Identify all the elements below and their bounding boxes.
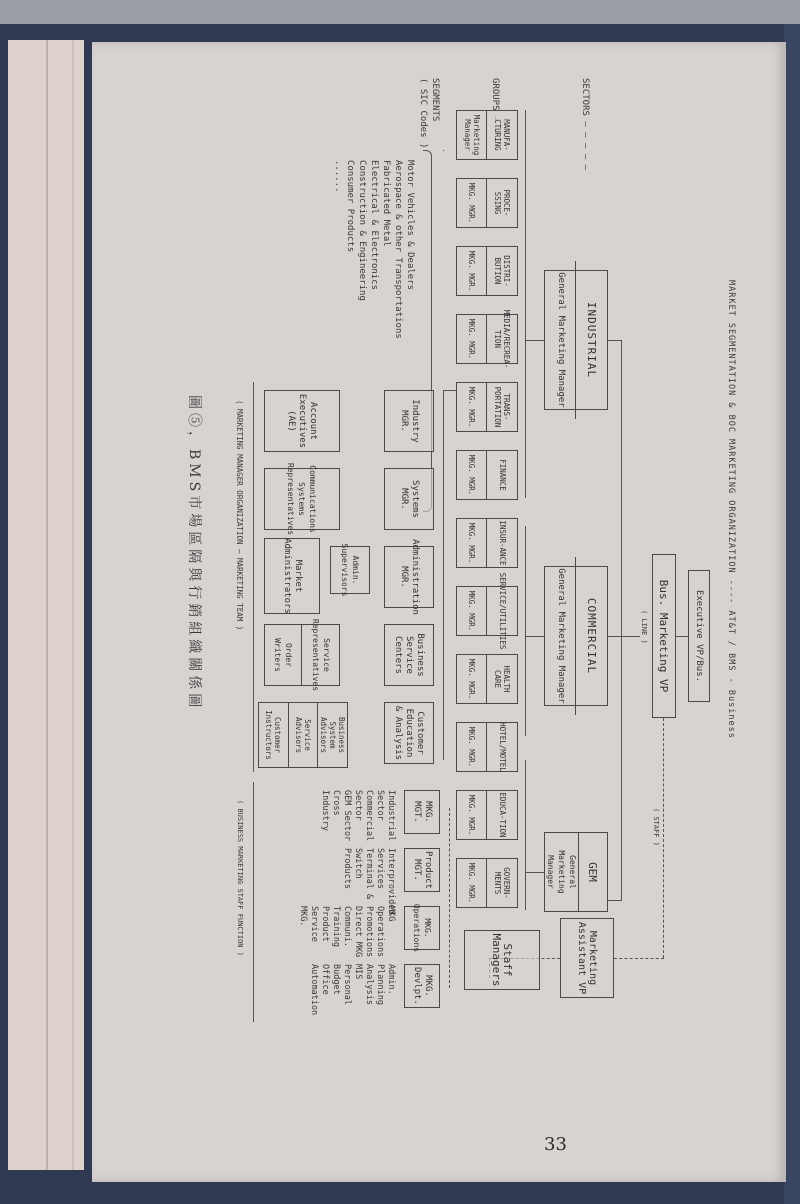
- segment-item: Motor Vehicles & Dealers: [404, 160, 416, 339]
- staff-item: Commercial Sector: [352, 790, 374, 846]
- sector-box-commercial: COMMERCIAL General Marketing Manager: [544, 566, 608, 706]
- staff-list-mkg-mgt: Industrial Sector Commercial Sector GEM …: [319, 790, 396, 846]
- staff-item: GEM Sector: [341, 790, 352, 846]
- group-name: PROCE-SSING: [488, 179, 518, 227]
- connector: [676, 636, 688, 637]
- staff-head-label: Product MGT.: [411, 850, 433, 890]
- team-member-label: Market Administrators: [281, 538, 303, 614]
- segment-item: Electrical & Electronics: [368, 160, 380, 339]
- staff-managers-box: Staff Managers: [464, 930, 540, 990]
- marketing-assistant-vp-box: Marketing Assistant VP: [560, 918, 614, 998]
- team-member-label: Service Representatives: [303, 625, 340, 685]
- group-manager: MKG. MGR.: [457, 859, 488, 907]
- sector-name: INDUSTRIAL: [577, 271, 608, 409]
- staff-item: Direct MKG: [352, 906, 363, 962]
- staff-item: Personal Budget: [330, 964, 352, 1020]
- group-manager: MKG. MGR.: [457, 587, 488, 635]
- staff-head-mkg-mgt: MKG. MGT.: [404, 790, 440, 834]
- team-manager-administration: Administration MGR.: [384, 546, 434, 608]
- segments-label: SEGMENTS: [430, 78, 440, 121]
- admin-supervisors-box: Admin. Supervisors: [330, 546, 370, 594]
- staff-item: MKG Operations: [374, 906, 396, 962]
- staff-dashed-line: [614, 958, 664, 959]
- group-cell: MANUFA-CTURING Marketing Manager: [456, 110, 518, 160]
- staff-label: ( STAFF ): [652, 808, 660, 846]
- staff-item: Terminal & Switch Products: [341, 848, 374, 904]
- group-name: FINANCE: [488, 451, 518, 499]
- group-manager: MKG. MGR.: [457, 247, 488, 295]
- staff-head-mkg-devlpt: MKG. Devlpt.: [404, 964, 440, 1008]
- group-cell: SERVICE/UTILITIES MKG. MGR.: [456, 586, 518, 636]
- staff-item: Communi. Training: [330, 906, 352, 962]
- segments-brace: [423, 150, 432, 512]
- staff-item: Office Automation: [308, 964, 330, 1020]
- staff-head-label: MKG. Operations: [411, 904, 433, 952]
- connector: [608, 340, 622, 341]
- team-caption: ( MARKETING MANAGER ORGANIZATION — MARKE…: [235, 400, 244, 630]
- staff-item: Interprovided Services: [374, 848, 396, 904]
- group-name: HEALTH CARE: [488, 655, 518, 703]
- team-member-label: Communications Systems Representatives: [286, 463, 319, 535]
- segments-axis: [443, 150, 444, 151]
- group-name: TRANS-PORTATION: [488, 383, 518, 431]
- group-cell: EDUCA-TION MKG. MGR.: [456, 790, 518, 840]
- group-name: EDUCA-TION: [488, 791, 518, 839]
- background-surface: [0, 0, 800, 26]
- group-cell: FINANCE MKG. MGR.: [456, 450, 518, 500]
- page-stack: [8, 40, 84, 1170]
- group-name: SERVICE/UTILITIES: [488, 587, 518, 635]
- sic-codes-label: ( SIC Codes ): [418, 78, 428, 148]
- team-manager-customer-education: Customer Education & Analysis: [384, 702, 434, 764]
- team-member-label: Order Writers: [265, 625, 303, 685]
- market-administrators-box: Market Administrators: [264, 538, 320, 614]
- connector: [608, 900, 622, 901]
- connector: [608, 636, 622, 637]
- group-name: MEDIA/RECREA-TION: [488, 315, 518, 363]
- team-member-label: Admin. Supervisors: [339, 544, 361, 597]
- connector: [443, 390, 444, 760]
- page-number: 33: [544, 1134, 567, 1155]
- staff-head-mkg-operations: MKG. Operations: [404, 906, 440, 950]
- staff-item: Admin. Planning: [374, 964, 396, 1020]
- connector: [526, 636, 544, 637]
- groups-label: GROUPS: [490, 78, 500, 111]
- group-manager: Marketing Manager: [457, 111, 488, 159]
- group-manager: MKG. MGR.: [457, 655, 488, 703]
- team-manager-business-service-centers: Business Service Centers: [384, 624, 434, 686]
- chart-title: MARKET SEGMENTATION & BOC MARKETING ORGA…: [726, 280, 736, 739]
- team-member-label: Account Executives (AE): [286, 392, 319, 450]
- book-cover-edge: [784, 24, 800, 1204]
- staff-head-label: MKG. Devlpt.: [411, 966, 433, 1006]
- staff-item: MIS: [352, 964, 363, 1020]
- connector: [621, 340, 622, 900]
- segment-item: Aerospace & other Transportations: [392, 160, 404, 339]
- connector: [622, 636, 640, 637]
- group-name: MANUFA-CTURING: [488, 111, 518, 159]
- advisors-instructors-box: Business System Advisors Service Advisor…: [258, 702, 348, 768]
- team-member-label: Business System Advisors: [318, 703, 347, 767]
- group-cell: HOTEL/MOTEL MKG. MGR.: [456, 722, 518, 772]
- group-manager: MKG. MGR.: [457, 519, 488, 567]
- group-cell: INSUR-ANCE MKG. MGR.: [456, 518, 518, 568]
- group-manager: MKG. MGR.: [457, 451, 488, 499]
- staff-item: Cross Industry: [319, 790, 341, 846]
- team-manager-label: Administration MGR.: [398, 539, 420, 615]
- line-label: ( LINE ): [640, 610, 648, 644]
- bus-marketing-vp-label: Bus. Marketing VP: [659, 580, 670, 693]
- page-edge-line: [72, 40, 74, 1170]
- page-edge-line: [46, 40, 48, 1170]
- group-manager: MKG. MGR.: [457, 791, 488, 839]
- connector: [526, 340, 544, 341]
- team-member-label: Customer Instructors: [259, 703, 289, 767]
- group-cell: TRANS-PORTATION MKG. MGR.: [456, 382, 518, 432]
- bus-marketing-vp-box: Bus. Marketing VP: [652, 554, 676, 718]
- staff-dashed-line: [663, 718, 664, 958]
- sector-box-gem: GEM General Marketing Manager: [544, 832, 608, 912]
- team-bracket: [253, 382, 254, 772]
- staff-head-label: MKG. MGT.: [411, 792, 433, 832]
- team-member-label: Service Advisors: [289, 703, 319, 767]
- group-cell: HEALTH CARE MKG. MGR.: [456, 654, 518, 704]
- segment-item: Fabricated Metal: [380, 160, 392, 339]
- group-manager: MKG. MGR.: [457, 179, 488, 227]
- staff-list-product-mgt: Interprovided Services Terminal & Switch…: [341, 848, 396, 904]
- sectors-label: SECTORS: [580, 78, 590, 116]
- connector: [444, 390, 456, 391]
- connector: [525, 110, 526, 498]
- staff-caption: ( BUSINESS MARKETING STAFF FUNCTION ): [236, 800, 244, 956]
- team-manager-label: Systems MGR.: [398, 470, 420, 528]
- executive-vp-label: Executive VP/Bus.: [694, 590, 705, 682]
- service-reps-order-writers-box: Service Representatives Order Writers: [264, 624, 340, 686]
- executive-vp-box: Executive VP/Bus.: [688, 570, 710, 702]
- segments-list: Motor Vehicles & Dealers Aerospace & oth…: [332, 160, 416, 339]
- team-manager-label: Customer Education & Analysis: [393, 704, 426, 762]
- org-chart: MARKET SEGMENTATION & BOC MARKETING ORGA…: [200, 70, 740, 1050]
- staff-item: Analysis: [363, 964, 374, 1020]
- staff-head-product-mgt: Product MGT.: [404, 848, 440, 892]
- group-manager: MKG. MGR.: [457, 723, 488, 771]
- staff-list-mkg-operations: MKG Operations Promotions Direct MKG Com…: [297, 906, 396, 962]
- row-label-sectors: SECTORS — — — — —: [580, 78, 590, 170]
- sector-name: GEM: [579, 833, 607, 911]
- staff-bracket: [253, 782, 254, 1022]
- marketing-assistant-vp-label: Marketing Assistant VP: [576, 920, 598, 996]
- comm-systems-reps-box: Communications Systems Representatives: [264, 468, 340, 530]
- staff-dashed-line: [449, 808, 450, 988]
- group-name: GOVERN-MENTS: [488, 859, 518, 907]
- team-manager-label: Business Service Centers: [393, 626, 426, 684]
- group-name: HOTEL/MOTEL: [488, 723, 518, 771]
- sector-manager: General Marketing Manager: [545, 261, 577, 419]
- connector: [525, 760, 526, 910]
- group-name: DISTRI-BUTION: [488, 247, 518, 295]
- group-cell: PROCE-SSING MKG. MGR.: [456, 178, 518, 228]
- group-name: INSUR-ANCE: [488, 519, 518, 567]
- team-manager-systems: Systems MGR.: [384, 468, 434, 530]
- sector-manager: General Marketing Manager: [545, 833, 579, 911]
- team-manager-industry: Industry MGR.: [384, 390, 434, 452]
- connector: [525, 526, 526, 736]
- account-executives-box: Account Executives (AE): [264, 390, 340, 452]
- segment-item: ......: [332, 160, 344, 339]
- staff-managers-label: Staff Managers: [491, 932, 513, 988]
- group-manager: MKG. MGR.: [457, 383, 488, 431]
- sector-name: COMMERCIAL: [577, 567, 608, 705]
- sector-box-industrial: INDUSTRIAL General Marketing Manager: [544, 270, 608, 410]
- staff-item: Product Service MKG.: [297, 906, 330, 962]
- org-chart-rotated: MARKET SEGMENTATION & BOC MARKETING ORGA…: [200, 70, 740, 1050]
- segment-item: Consumer Products: [344, 160, 356, 339]
- segment-item: Construction & Engineering: [356, 160, 368, 339]
- connector: [526, 872, 544, 873]
- group-cell: GOVERN-MENTS MKG. MGR.: [456, 858, 518, 908]
- team-manager-label: Industry MGR.: [398, 392, 420, 450]
- group-manager: MKG. MGR.: [457, 315, 488, 363]
- row-label-segments: SEGMENTS: [430, 78, 440, 121]
- staff-item: Promotions: [363, 906, 374, 962]
- staff-item: Industrial Sector: [374, 790, 396, 846]
- staff-list-mkg-devlpt: Admin. Planning Analysis MIS Personal Bu…: [308, 964, 396, 1020]
- group-cell: MEDIA/RECREA-TION MKG. MGR.: [456, 314, 518, 364]
- group-cell: DISTRI-BUTION MKG. MGR.: [456, 246, 518, 296]
- sector-manager: General Marketing Manager: [545, 557, 577, 715]
